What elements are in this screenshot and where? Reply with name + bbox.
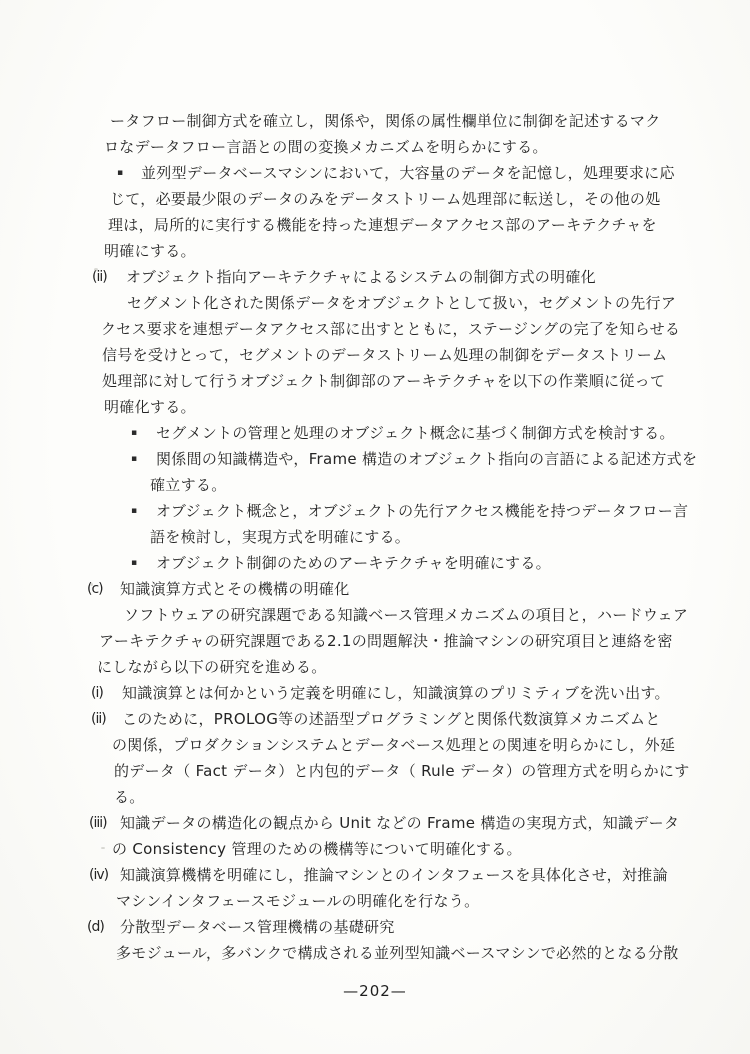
line-text: セグメント化された関係データをオブジェクトとして扱い，セグメントの先行ア	[127, 290, 676, 316]
line-text: ソフトウェアの研究課題である知識ベース管理メカニズムの項目と，ハードウェア	[124, 602, 688, 628]
text-line: 信号を受けとって，セグメントのデータストリーム処理の制御をデータストリーム	[0, 342, 750, 368]
text-line: じて，必要最少限のデータのみをデータストリーム処理部に転送し，その他の処	[0, 186, 750, 212]
list-line: ▪並列型データベースマシンにおいて，大容量のデータを記憶し，処理要求に応	[0, 160, 750, 186]
item-label: (d)	[87, 914, 104, 940]
item-label: (i)	[91, 680, 103, 706]
line-text: このために，PROLOG等の述語型プログラミングと関係代数演算メカニズムと	[122, 706, 661, 732]
document-page: ータフロー制御方式を確立し，関係や，関係の属性欄単位に制御を記述するマクロなデー…	[0, 0, 750, 1054]
line-text: 信号を受けとって，セグメントのデータストリーム処理の制御をデータストリーム	[102, 342, 667, 368]
page-number: —202—	[0, 982, 750, 1000]
line-text: ロなデータフロー言語との間の変換メカニズムを明らかにする。	[104, 134, 548, 160]
line-text: 分散型データベース管理機構の基礎研究	[120, 914, 395, 940]
line-text: 知識演算とは何かという定義を明確にし，知識演算のプリミティブを洗い出す。	[122, 680, 670, 706]
bullet-icon: ▪	[131, 550, 137, 576]
text-line: る。	[0, 784, 750, 810]
line-text: アーキテクチャの研究課題である2.1の問題解決・推論マシンの研究項目と連絡を密	[99, 628, 673, 654]
bullet-icon: ▪	[131, 446, 137, 472]
line-text: ータフロー制御方式を確立し，関係や，関係の属性欄単位に制御を記述するマク	[110, 108, 661, 134]
text-line: の Consistency 管理のための機構等について明確化する。	[0, 836, 750, 862]
item-label: (ii)	[91, 706, 106, 732]
text-line: アーキテクチャの研究課題である2.1の問題解決・推論マシンの研究項目と連絡を密	[0, 628, 750, 654]
line-text: の関係，プロダクションシステムとデータベース処理との関連を明らかにし，外延	[112, 732, 675, 758]
text-line: ロなデータフロー言語との間の変換メカニズムを明らかにする。	[0, 134, 750, 160]
line-text: 知識データの構造化の観点から Unit などの Frame 構造の実現方式，知識…	[120, 810, 679, 836]
line-text: オブジェクト指向アーキテクチャによるシステムの制御方式の明確化	[126, 264, 596, 290]
list-line: ▪関係間の知識構造や，Frame 構造のオブジェクト指向の言語による記述方式を	[0, 446, 750, 472]
line-text: る。	[114, 784, 145, 810]
text-line: クセス要求を連想データアクセス部に出すとともに，ステージングの完了を知らせる	[0, 316, 750, 342]
line-text: 理は，局所的に実行する機能を持った連想データアクセス部のアーキテクチャを	[108, 212, 657, 238]
item-label: (c)	[87, 576, 103, 602]
bullet-icon: ▪	[131, 420, 137, 446]
list-line: (c)知識演算方式とその機構の明確化	[0, 576, 750, 602]
line-text: 明確にする。	[104, 238, 196, 264]
item-label: (iv)	[89, 862, 108, 888]
text-line: 確立する。	[0, 472, 750, 498]
list-line: (ii)オブジェクト指向アーキテクチャによるシステムの制御方式の明確化	[0, 264, 750, 290]
text-line: 明確化する。	[0, 394, 750, 420]
line-text: 知識演算機構を明確にし，推論マシンとのインタフェースを具体化させ，対推論	[120, 862, 668, 888]
list-line: (ii)このために，PROLOG等の述語型プログラミングと関係代数演算メカニズム…	[0, 706, 750, 732]
text-line: 理は，局所的に実行する機能を持った連想データアクセス部のアーキテクチャを	[0, 212, 750, 238]
line-text: 多モジュール，多バンクで構成される並列型知識ベースマシンで必然的となる分散	[116, 940, 679, 966]
line-text: 並列型データベースマシンにおいて，大容量のデータを記憶し，処理要求に応	[141, 160, 675, 186]
text-line: 処理部に対して行うオブジェクト制御部のアーキテクチャを以下の作業順に従って	[0, 368, 750, 394]
line-text: クセス要求を連想データアクセス部に出すとともに，ステージングの完了を知らせる	[101, 316, 680, 342]
scan-speck	[90, 583, 93, 586]
list-line: ▪オブジェクト概念と，オブジェクトの先行アクセス機能を持つデータフロー言	[0, 498, 750, 524]
text-line: にしながら以下の研究を進める。	[0, 654, 750, 680]
bullet-icon: ▪	[117, 160, 123, 186]
line-text: 的データ（ Fact データ）と内包的データ（ Rule データ）の管理方式を明…	[114, 758, 690, 784]
scan-speck	[94, 268, 98, 271]
line-text: 関係間の知識構造や，Frame 構造のオブジェクト指向の言語による記述方式を	[156, 446, 697, 472]
text-line: 的データ（ Fact データ）と内包的データ（ Rule データ）の管理方式を明…	[0, 758, 750, 784]
text-line: ータフロー制御方式を確立し，関係や，関係の属性欄単位に制御を記述するマク	[0, 108, 750, 134]
bullet-icon: ▪	[131, 498, 137, 524]
text-line: の関係，プロダクションシステムとデータベース処理との関連を明らかにし，外延	[0, 732, 750, 758]
list-line: ▪セグメントの管理と処理のオブジェクト概念に基づく制御方式を検討する。	[0, 420, 750, 446]
line-text: オブジェクト制御のためのアーキテクチャを明確にする。	[156, 550, 551, 576]
line-text: 明確化する。	[104, 394, 196, 420]
text-line: 語を検討し，実現方式を明確にする。	[0, 524, 750, 550]
text-line: 多モジュール，多バンクで構成される並列型知識ベースマシンで必然的となる分散	[0, 940, 750, 966]
item-label: (iii)	[89, 810, 107, 836]
line-text: 知識演算方式とその機構の明確化	[120, 576, 350, 602]
line-text: マシンインタフェースモジュールの明確化を行なう。	[116, 888, 479, 914]
list-line: ▪オブジェクト制御のためのアーキテクチャを明確にする。	[0, 550, 750, 576]
line-text: 語を検討し，実現方式を明確にする。	[150, 524, 410, 550]
list-line: (i)知識演算とは何かという定義を明確にし，知識演算のプリミティブを洗い出す。	[0, 680, 750, 706]
line-text: にしながら以下の研究を進める。	[97, 654, 327, 680]
line-text: の Consistency 管理のための機構等について明確化する。	[112, 836, 522, 862]
line-text: オブジェクト概念と，オブジェクトの先行アクセス機能を持つデータフロー言	[156, 498, 688, 524]
line-text: 確立する。	[150, 472, 227, 498]
text-line: 明確にする。	[0, 238, 750, 264]
text-line: ソフトウェアの研究課題である知識ベース管理メカニズムの項目と，ハードウェア	[0, 602, 750, 628]
list-line: (iv)知識演算機構を明確にし，推論マシンとのインタフェースを具体化させ，対推論	[0, 862, 750, 888]
text-line: セグメント化された関係データをオブジェクトとして扱い，セグメントの先行ア	[0, 290, 750, 316]
line-text: 処理部に対して行うオブジェクト制御部のアーキテクチャを以下の作業順に従って	[102, 368, 665, 394]
list-line: (d)分散型データベース管理機構の基礎研究	[0, 914, 750, 940]
scan-speck	[101, 847, 105, 849]
line-text: じて，必要最少限のデータのみをデータストリーム処理部に転送し，その他の処	[110, 186, 661, 212]
text-line: マシンインタフェースモジュールの明確化を行なう。	[0, 888, 750, 914]
list-line: (iii)知識データの構造化の観点から Unit などの Frame 構造の実現…	[0, 810, 750, 836]
line-text: セグメントの管理と処理のオブジェクト概念に基づく制御方式を検討する。	[156, 420, 675, 446]
page-body: ータフロー制御方式を確立し，関係や，関係の属性欄単位に制御を記述するマクロなデー…	[0, 108, 750, 966]
